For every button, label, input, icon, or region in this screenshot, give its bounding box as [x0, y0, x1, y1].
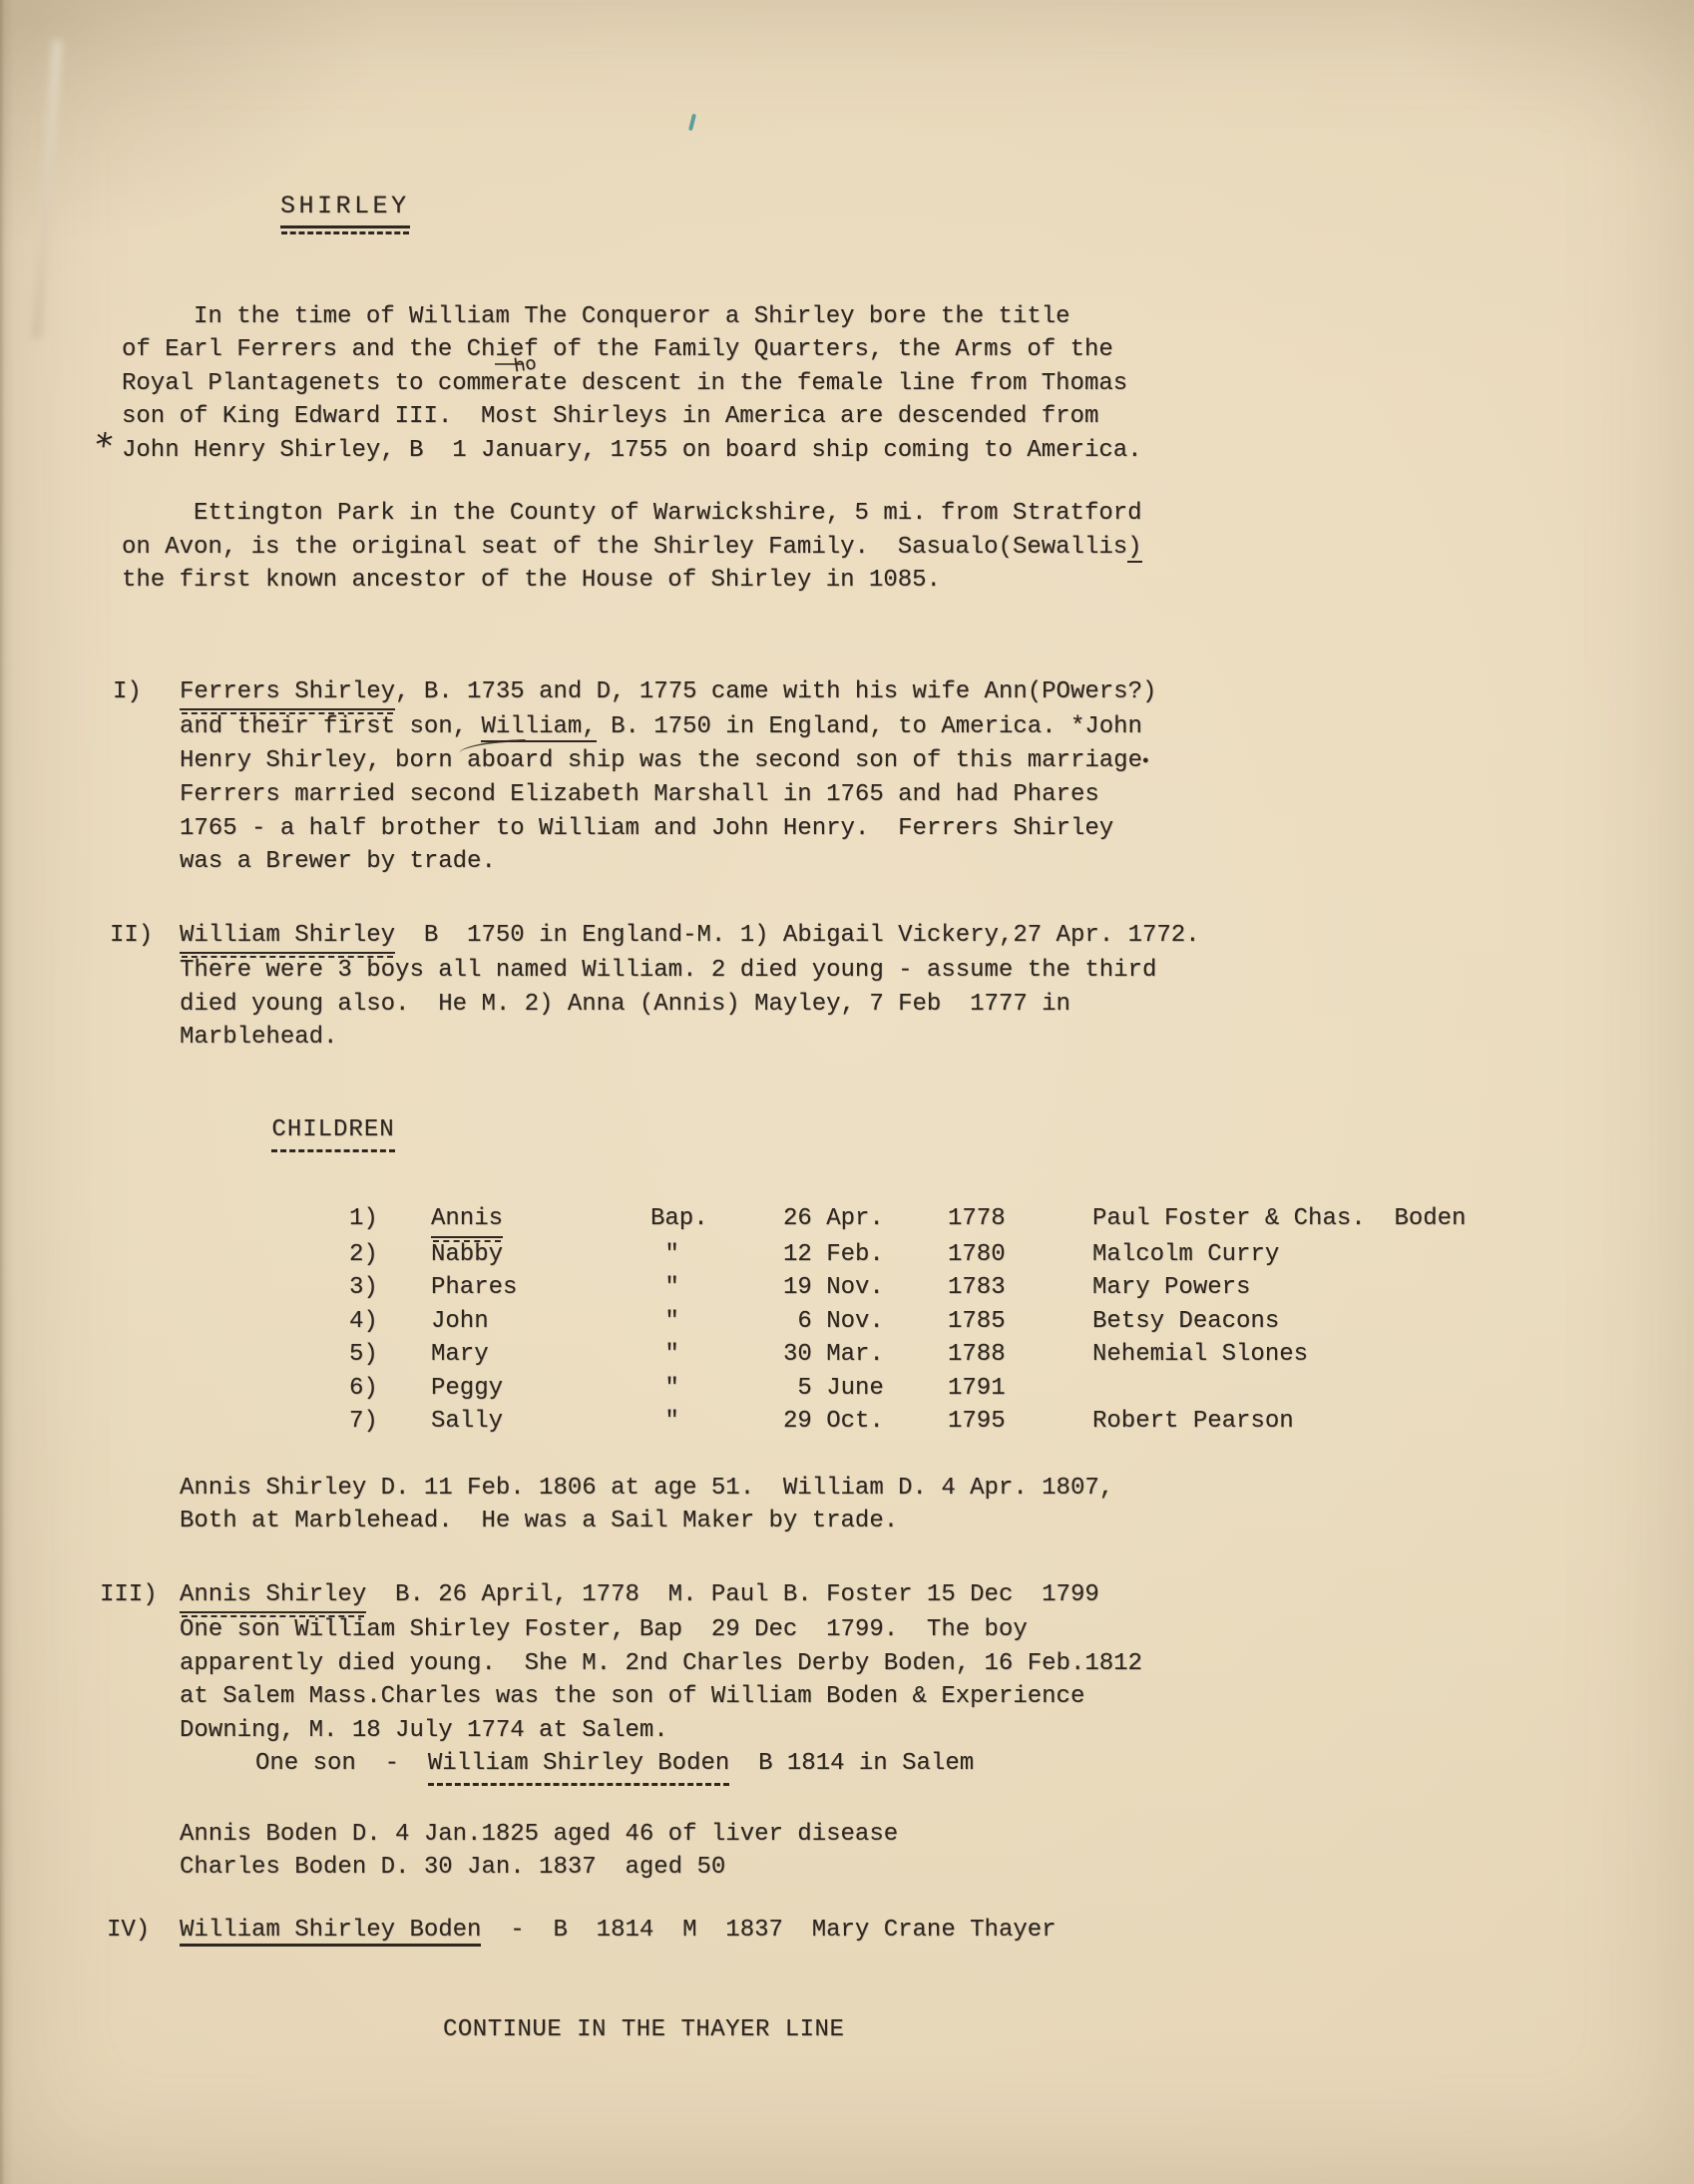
ditto-mark: "	[650, 1305, 783, 1339]
intro1-line3b: ate descent in the female line from Thom…	[524, 370, 1127, 397]
bap-year: 1791	[948, 1372, 1092, 1406]
spouse: Paul Foster & Chas. Boden	[1092, 1202, 1644, 1238]
bap-date: 26 Apr.	[783, 1202, 948, 1238]
document-page: SHIRLEY In the time of William The Conqu…	[0, 0, 1694, 2184]
spouse: Betsy Deacons	[1092, 1305, 1644, 1339]
child-name: Phares	[431, 1271, 650, 1305]
children-note-line1: Annis Shirley D. 11 Feb. 1806 at age 51.…	[180, 1472, 1644, 1506]
footer-continue-line: CONTINUE IN THE THAYER LINE	[443, 2013, 1644, 2047]
bap-year: 1795	[948, 1405, 1092, 1439]
bap-date: 30 Mar.	[783, 1338, 948, 1372]
boden-note-line1: Annis Boden D. 4 Jan.1825 aged 46 of liv…	[180, 1818, 1644, 1852]
section2-line2: There were 3 boys all named William. 2 d…	[180, 954, 1644, 988]
ditto-mark: "	[650, 1238, 783, 1272]
section-annis-shirley: III) Annis Shirley B. 26 April, 1778 M. …	[180, 1578, 1644, 1781]
page-title-text: SHIRLEY	[280, 190, 410, 229]
section1-line2a: and their first son,	[180, 713, 481, 740]
section1-numeral: I)	[113, 675, 142, 709]
bap-year: 1788	[948, 1338, 1092, 1372]
intro2-line1: Ettington Park in the County of Warwicks…	[122, 497, 1644, 531]
name-william-shirley-boden-iv: William Shirley Boden	[180, 1917, 481, 1947]
page-title: SHIRLEY	[170, 156, 1644, 262]
intro1-line3: Royal Plantagenets to commerhoate descen…	[122, 367, 1644, 401]
section1-line1: Ferrers Shirley, B. 1735 and D, 1775 cam…	[180, 675, 1644, 711]
section-ferrers-shirley: I) Ferrers Shirley, B. 1735 and D, 1775 …	[180, 675, 1644, 879]
section-william-shirley: II) William Shirley B 1750 in England-M.…	[180, 919, 1644, 1055]
child-number: 4)	[349, 1305, 431, 1339]
bap-date: 12 Feb.	[783, 1238, 948, 1272]
section3-line5: Downing, M. 18 July 1774 at Salem.	[180, 1714, 1644, 1748]
bap-year: 1778	[948, 1202, 1092, 1238]
spouse: Nehemial Slones	[1092, 1338, 1644, 1372]
ditto-mark: "	[650, 1405, 783, 1439]
section2-line1: William Shirley B 1750 in England-M. 1) …	[180, 919, 1644, 955]
name-william-shirley-boden: William Shirley Boden	[428, 1747, 729, 1781]
boden-note-line2: Charles Boden D. 30 Jan. 1837 aged 50	[180, 1851, 1644, 1885]
children-note-line2: Both at Marblehead. He was a Sail Maker …	[180, 1505, 1644, 1538]
intro2-line3: the first known ancestor of the House of…	[122, 564, 1644, 598]
child-name: Mary	[431, 1338, 650, 1372]
child-number: 7)	[349, 1405, 431, 1439]
section2-numeral: II)	[110, 919, 153, 953]
children-heading: CHILDREN	[180, 1081, 1644, 1181]
intro1-line4: son of King Edward III. Most Shirleys in…	[122, 400, 1644, 434]
bap-date: 29 Oct.	[783, 1405, 948, 1439]
intro2-line2: on Avon, is the original seat of the Shi…	[122, 531, 1644, 565]
intro1-line5: *John Henry Shirley, B 1 January, 1755 o…	[122, 434, 1644, 468]
section1-line2: and their first son, William, B. 1750 in…	[180, 710, 1644, 744]
table-row: 2)Nabby "12 Feb.1780Malcolm Curry	[349, 1238, 1644, 1272]
child-number: 2)	[349, 1238, 431, 1272]
section2-line1-text: B 1750 in England-M. 1) Abigail Vickery,…	[395, 922, 1200, 949]
section3-line1: Annis Shirley B. 26 April, 1778 M. Paul …	[180, 1578, 1644, 1614]
section3-line6b: B 1814 in Salem	[729, 1750, 974, 1777]
intro1-line5-text: John Henry Shirley, B 1 January, 1755 on…	[122, 437, 1142, 464]
section1-line3: Henry Shirley, born aboard ship was the …	[180, 744, 1644, 779]
child-name: John	[431, 1305, 650, 1339]
section1-line5: 1765 - a half brother to William and Joh…	[180, 812, 1644, 846]
section4-line1-text: - B 1814 M 1837 Mary Crane Thayer	[481, 1917, 1056, 1944]
children-heading-text: CHILDREN	[271, 1113, 394, 1147]
bap-year: 1783	[948, 1271, 1092, 1305]
underlined-paren: )	[1127, 534, 1141, 563]
bap-date: 5 June	[783, 1372, 948, 1406]
ditto-mark: "	[650, 1338, 783, 1372]
section1-line1-text: , B. 1735 and D, 1775 came with his wife…	[395, 678, 1156, 705]
name-william-shirley: William Shirley	[180, 919, 395, 955]
intro1-line3a: Royal Plantagenets to commer	[122, 370, 524, 397]
section3-line2: One son William Shirley Foster, Bap 29 D…	[180, 1613, 1644, 1647]
table-row: 4)John " 6 Nov.1785Betsy Deacons	[349, 1305, 1644, 1339]
ditto-mark: "	[650, 1271, 783, 1305]
section3-line4: at Salem Mass.Charles was the son of Wil…	[180, 1680, 1644, 1714]
bap-date: 6 Nov.	[783, 1305, 948, 1339]
section1-line3b: ship was the second son of this marriage	[553, 747, 1142, 774]
intro1-line2: of Earl Ferrers and the Chief of the Fam…	[122, 333, 1644, 367]
section2-line4: Marblehead.	[180, 1021, 1644, 1055]
section4-numeral: IV)	[107, 1914, 150, 1948]
bap-label: Bap.	[650, 1202, 783, 1238]
children-note: Annis Shirley D. 11 Feb. 1806 at age 51.…	[180, 1472, 1644, 1538]
table-row: 1)AnnisBap.26 Apr.1778Paul Foster & Chas…	[349, 1202, 1644, 1238]
section3-line3: apparently died young. She M. 2nd Charle…	[180, 1647, 1644, 1681]
section4-line1: William Shirley Boden - B 1814 M 1837 Ma…	[180, 1914, 1644, 1948]
ink-blob: ●	[1142, 755, 1149, 767]
intro2-line2a: on Avon, is the original seat of the Shi…	[122, 534, 1127, 561]
handwritten-star-icon: *	[93, 428, 114, 464]
intro1-line2a: of Earl Ferrers and the Ch	[122, 336, 495, 363]
spouse: Mary Powers	[1092, 1271, 1644, 1305]
name-annis: Annis	[431, 1202, 503, 1238]
ditto-mark: "	[650, 1372, 783, 1406]
name-william: William,	[481, 713, 596, 742]
boden-death-note: Annis Boden D. 4 Jan.1825 aged 46 of liv…	[180, 1818, 1644, 1885]
section1-line6: was a Brewer by trade.	[180, 845, 1644, 879]
table-row: 6)Peggy " 5 June1791	[349, 1372, 1644, 1406]
section3-line6: One son - William Shirley Boden B 1814 i…	[180, 1747, 1644, 1781]
intro1-line1: In the time of William The Conqueror a S…	[122, 300, 1644, 334]
section3-numeral: III)	[100, 1578, 158, 1612]
spouse: Malcolm Curry	[1092, 1238, 1644, 1272]
bap-year: 1780	[948, 1238, 1092, 1272]
name-ferrers-shirley: Ferrers Shirley	[180, 675, 395, 711]
child-number: 1)	[349, 1202, 431, 1238]
intro-paragraph-2: Ettington Park in the County of Warwicks…	[122, 497, 1644, 598]
section1-line3a: Henry Shirley, born	[180, 747, 467, 774]
child-name: Nabby	[431, 1238, 650, 1272]
child-number: 5)	[349, 1338, 431, 1372]
name-annis-shirley: Annis Shirley	[180, 1578, 366, 1614]
intro-paragraph-1: In the time of William The Conqueror a S…	[122, 300, 1644, 468]
section1-line4: Ferrers married second Elizabeth Marshal…	[180, 778, 1644, 812]
child-number: 6)	[349, 1372, 431, 1406]
section2-line3: died young also. He M. 2) Anna (Annis) M…	[180, 988, 1644, 1022]
child-number: 3)	[349, 1271, 431, 1305]
child-name: Peggy	[431, 1372, 650, 1406]
table-row: 5)Mary "30 Mar.1788Nehemial Slones	[349, 1338, 1644, 1372]
table-row: 7)Sally "29 Oct.1795Robert Pearson	[349, 1405, 1644, 1439]
bap-year: 1785	[948, 1305, 1092, 1339]
section3-line1-text: B. 26 April, 1778 M. Paul B. Foster 15 D…	[366, 1581, 1099, 1608]
child-name: Sally	[431, 1405, 650, 1439]
spouse	[1092, 1372, 1644, 1406]
section-william-shirley-boden: IV) William Shirley Boden - B 1814 M 183…	[180, 1914, 1644, 1948]
section1-line2b: B. 1750 in England, to America. *John	[597, 713, 1142, 740]
table-row: 3)Phares "19 Nov.1783Mary Powers	[349, 1271, 1644, 1305]
child-name: Annis	[431, 1202, 650, 1238]
section3-line6a: One son -	[255, 1750, 428, 1777]
bap-date: 19 Nov.	[783, 1271, 948, 1305]
document-content: SHIRLEY In the time of William The Conqu…	[0, 0, 1694, 2047]
spouse: Robert Pearson	[1092, 1405, 1644, 1439]
children-table: 1)AnnisBap.26 Apr.1778Paul Foster & Chas…	[349, 1202, 1644, 1439]
aboard-overmark: aboard	[467, 747, 553, 774]
intro1-line2b: f of the Family Quarters, the Arms of th…	[524, 336, 1113, 363]
